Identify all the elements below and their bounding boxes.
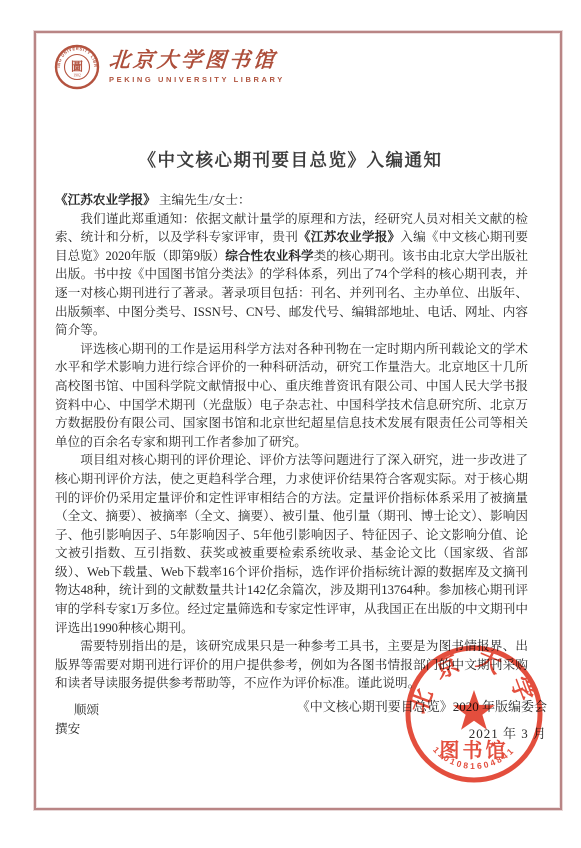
emblem-center-glyph: 圖: [71, 59, 83, 74]
paragraph: 需要特别指出的是，该研究成果只是一种参考工具书，主要是为图书情报界、出版界等需要…: [55, 637, 528, 693]
salutation: 《江苏农业学报》 主编先生/女士：: [55, 191, 528, 210]
library-name-en: PEKING UNIVERSITY LIBRARY: [109, 75, 285, 84]
paragraph: 评选核心期刊的工作是运用科学方法对各种刊物在一定时期内所刊载论文的学术水平和学术…: [55, 340, 528, 452]
signature-block: 《中文核心期刊要目总览》2020 年版编委会 2021 年 3 月: [297, 697, 547, 743]
letter-title: 《中文核心期刊要目总览》入编通知: [0, 147, 581, 172]
letter-page: PEKING UNIVERSITY LIBRARY 圖 1902 北京大学图书馆…: [0, 0, 581, 848]
paragraphs: 我们谨此郑重通知：依据文献计量学的原理和方法，经研究人员对相关文献的检索、统计和…: [55, 210, 528, 693]
signature-date: 2021 年 3 月: [297, 724, 547, 743]
paragraph: 我们谨此郑重通知：依据文献计量学的原理和方法，经研究人员对相关文献的检索、统计和…: [55, 210, 528, 340]
signature-committee: 《中文核心期刊要目总览》2020 年版编委会: [297, 697, 547, 716]
library-header: PEKING UNIVERSITY LIBRARY 圖 1902 北京大学图书馆…: [54, 44, 285, 90]
library-name-zh: 北京大学图书馆: [108, 48, 286, 72]
paragraph: 项目组对核心期刊的评价理论、评价方法等问题进行了深入研究，进一步改进了核心期刊评…: [55, 451, 528, 637]
pku-library-emblem-icon: PEKING UNIVERSITY LIBRARY 圖 1902: [54, 44, 100, 90]
library-names: 北京大学图书馆 PEKING UNIVERSITY LIBRARY: [109, 44, 285, 84]
emblem-year: 1902: [73, 74, 81, 78]
letter-body: 《江苏农业学报》 主编先生/女士： 我们谨此郑重通知：依据文献计量学的原理和方法…: [55, 191, 528, 738]
